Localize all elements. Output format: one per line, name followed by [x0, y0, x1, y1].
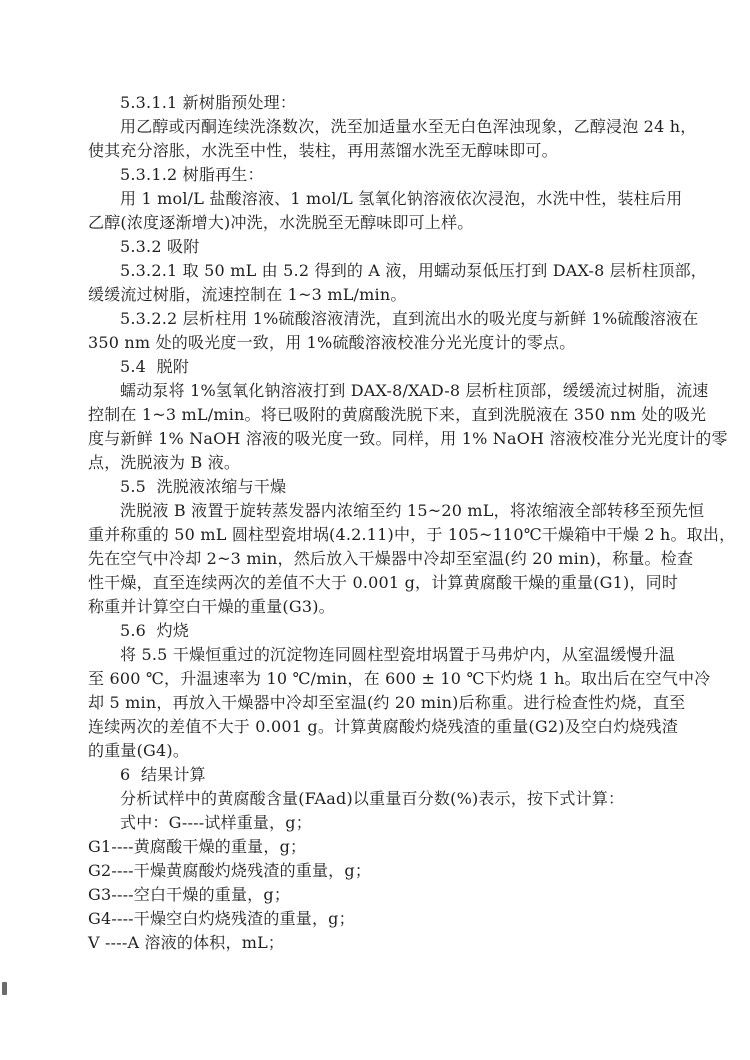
text-line-12: 5.4 脱附 [88, 355, 673, 379]
text-line-17: 5.5 洗脱液浓缩与干燥 [88, 475, 673, 499]
text-line-31: 式中：G----试样重量，g； [88, 811, 673, 835]
text-line-23: 5.6 灼烧 [88, 619, 673, 643]
text-line-25: 至 600 ℃，升温速率为 10 ℃/min，在 600 ± 10 ℃下灼烧 1… [88, 667, 673, 691]
text-line-11: 350 nm 处的吸光度一致，用 1%硫酸溶液校准分光光度计的零点。 [88, 331, 673, 355]
text-line-28: 的重量(G4)。 [88, 739, 673, 763]
text-line-19: 重并称重的 50 mL 圆柱型瓷坩埚(4.2.11)中，于 105~110℃干燥… [88, 523, 673, 547]
text-line-26: 却 5 min，再放入干燥器中冷却至室温(约 20 min)后称重。进行检查性灼… [88, 691, 673, 715]
text-line-29: 6 结果计算 [88, 763, 673, 787]
text-line-10: 5.3.2.2 层析柱用 1%硫酸溶液清洗，直到流出水的吸光度与新鲜 1%硫酸溶… [88, 307, 673, 331]
text-line-16: 点，洗脱液为 B 液。 [88, 451, 673, 475]
text-line-6: 乙醇(浓度逐渐增大)冲洗，水洗脱至无醇味即可上样。 [88, 211, 673, 235]
text-line-2: 用乙醇或丙酮连续洗涤数次，洗至加适量水至无白色浑浊现象，乙醇浸泡 24 h， [88, 115, 673, 139]
text-line-22: 称重并计算空白干燥的重量(G3)。 [88, 595, 673, 619]
text-line-13: 蠕动泵将 1%氢氧化钠溶液打到 DAX-8/XAD-8 层析柱顶部，缓缓流过树脂… [88, 379, 673, 403]
text-line-32: G1----黄腐酸干燥的重量，g； [88, 835, 673, 859]
text-line-7: 5.3.2 吸附 [88, 235, 673, 259]
text-line-18: 洗脱液 B 液置于旋转蒸发器内浓缩至约 15~20 mL，将浓缩液全部转移至预先… [88, 499, 673, 523]
text-line-35: G4----干燥空白灼烧残渣的重量，g； [88, 907, 673, 931]
text-line-20: 先在空气中冷却 2~3 min，然后放入干燥器中冷却至室温(约 20 min)，… [88, 547, 673, 571]
text-line-9: 缓缓流过树脂，流速控制在 1~3 mL/min。 [88, 283, 673, 307]
text-line-24: 将 5.5 干燥恒重过的沉淀物连同圆柱型瓷坩埚置于马弗炉内，从室温缓慢升温 [88, 643, 673, 667]
document-page: 5.3.1.1 新树脂预处理：用乙醇或丙酮连续洗涤数次，洗至加适量水至无白色浑浊… [0, 0, 750, 1060]
document-text-block: 5.3.1.1 新树脂预处理：用乙醇或丙酮连续洗涤数次，洗至加适量水至无白色浑浊… [88, 91, 673, 955]
text-line-33: G2----干燥黄腐酸灼烧残渣的重量，g； [88, 859, 673, 883]
text-line-30: 分析试样中的黄腐酸含量(FAad)以重量百分数(%)表示，按下式计算： [88, 787, 673, 811]
text-line-14: 控制在 1~3 mL/min。将已吸附的黄腐酸洗脱下来，直到洗脱液在 350 n… [88, 403, 673, 427]
text-line-21: 性干燥，直至连续两次的差值不大于 0.001 g，计算黄腐酸干燥的重量(G1)，… [88, 571, 673, 595]
text-line-4: 5.3.1.2 树脂再生： [88, 163, 673, 187]
text-line-1: 5.3.1.1 新树脂预处理： [88, 91, 673, 115]
text-line-5: 用 1 mol/L 盐酸溶液、1 mol/L 氢氧化钠溶液依次浸泡，水洗中性，装… [88, 187, 673, 211]
scan-artifact-left-margin-mark [2, 982, 7, 995]
text-line-34: G3----空白干燥的重量，g； [88, 883, 673, 907]
text-line-3: 使其充分溶胀，水洗至中性，装柱，再用蒸馏水洗至无醇味即可。 [88, 139, 673, 163]
text-line-27: 连续两次的差值不大于 0.001 g。计算黄腐酸灼烧残渣的重量(G2)及空白灼烧… [88, 715, 673, 739]
text-line-36: V ----A 溶液的体积，mL； [88, 931, 673, 955]
text-line-8: 5.3.2.1 取 50 mL 由 5.2 得到的 A 液，用蠕动泵低压打到 D… [88, 259, 673, 283]
text-line-15: 度与新鲜 1% NaOH 溶液的吸光度一致。同样，用 1% NaOH 溶液校准分… [88, 427, 673, 451]
